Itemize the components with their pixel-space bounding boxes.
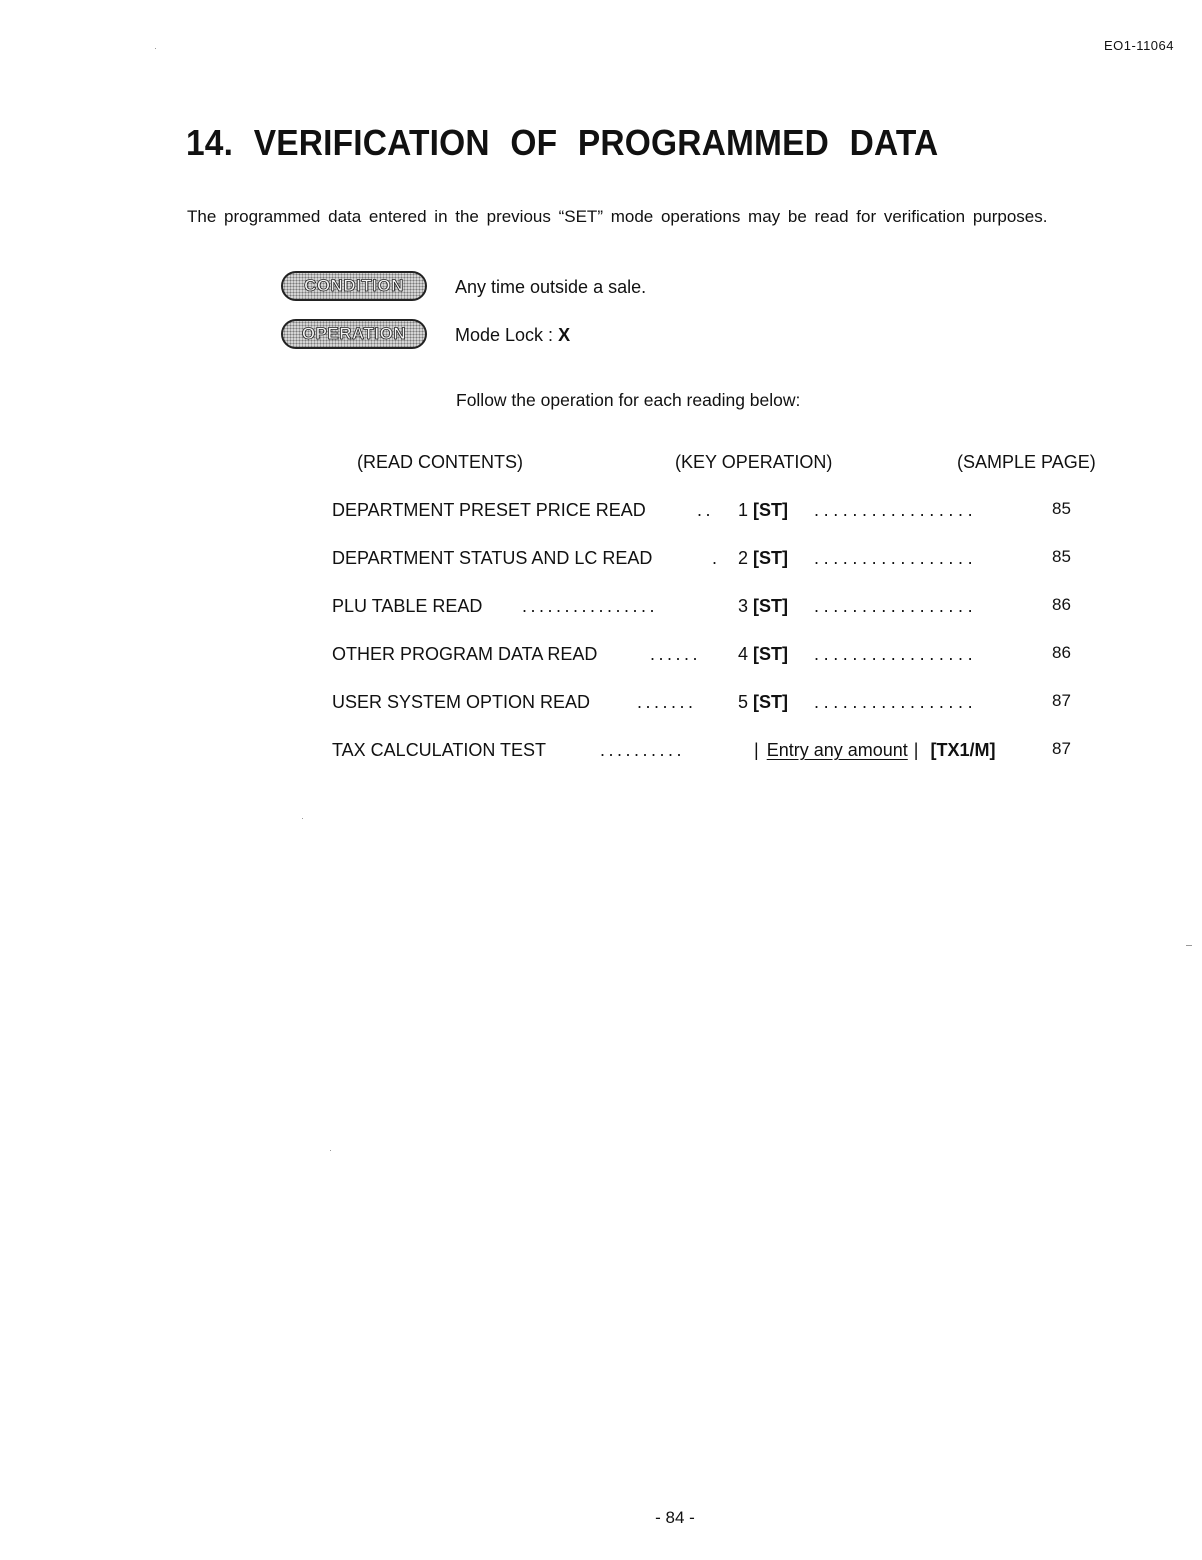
tax-key: [TX1/M] [930, 740, 995, 760]
read-contents: DEPARTMENT STATUS AND LC READ [332, 548, 652, 569]
page-title: 14. VERIFICATION OF PROGRAMMED DATA [186, 122, 938, 164]
sample-page: 87 [1052, 691, 1071, 711]
table-row: TAX CALCULATION TEST .......... |Entry a… [332, 740, 1092, 766]
dot-leader: ................. [814, 692, 977, 713]
key-operation: 3 [ST] [738, 596, 788, 617]
scan-speck [302, 818, 303, 819]
sample-page: 85 [1052, 547, 1071, 567]
key-operation: |Entry any amount|[TX1/M] [746, 740, 995, 761]
table-row: PLU TABLE READ ................ 3 [ST] .… [332, 596, 1092, 622]
read-contents: OTHER PROGRAM DATA READ [332, 644, 597, 665]
page-number: - 84 - [0, 1508, 1202, 1528]
entry-any-amount: Entry any amount [767, 740, 908, 760]
condition-badge: CONDITION [281, 271, 427, 301]
sample-page: 85 [1052, 499, 1071, 519]
entry-bracket-open: | [754, 740, 759, 760]
document-code: EO1-11064 [1104, 38, 1174, 53]
sample-page: 86 [1052, 643, 1071, 663]
dot-leader: .......... [600, 740, 685, 761]
entry-bracket-close: | [914, 740, 919, 760]
column-header-read-contents: (READ CONTENTS) [357, 452, 523, 473]
operation-text: Mode Lock : X [455, 325, 570, 346]
dot-leader: ................. [814, 548, 977, 569]
scan-speck [1186, 945, 1192, 946]
key-operation: 2 [ST] [738, 548, 788, 569]
key-operation: 4 [ST] [738, 644, 788, 665]
column-header-key-operation: (KEY OPERATION) [675, 452, 832, 473]
key-operation: 1 [ST] [738, 500, 788, 521]
dot-leader: .. [697, 500, 714, 521]
dot-leader: ................. [814, 644, 977, 665]
dot-leader: ....... [637, 692, 697, 713]
dot-leader: ................. [814, 596, 977, 617]
table-row: USER SYSTEM OPTION READ ....... 5 [ST] .… [332, 692, 1092, 718]
intro-paragraph: The programmed data entered in the previ… [187, 203, 1122, 230]
dot-leader: . [712, 548, 721, 569]
read-contents: TAX CALCULATION TEST [332, 740, 546, 761]
read-contents: DEPARTMENT PRESET PRICE READ [332, 500, 646, 521]
dot-leader: ................. [814, 500, 977, 521]
dot-leader: ...... [650, 644, 701, 665]
scan-speck [155, 48, 156, 49]
mode-lock-value: X [558, 325, 570, 345]
column-header-sample-page: (SAMPLE PAGE) [957, 452, 1096, 473]
table-row: OTHER PROGRAM DATA READ ...... 4 [ST] ..… [332, 644, 1092, 670]
operation-text-prefix: Mode Lock : [455, 325, 558, 345]
follow-instruction: Follow the operation for each reading be… [456, 390, 800, 411]
key-operation: 5 [ST] [738, 692, 788, 713]
condition-text: Any time outside a sale. [455, 277, 646, 298]
sample-page: 86 [1052, 595, 1071, 615]
read-contents: USER SYSTEM OPTION READ [332, 692, 590, 713]
operation-badge: OPERATION [281, 319, 427, 349]
read-contents: PLU TABLE READ [332, 596, 482, 617]
table-row: DEPARTMENT STATUS AND LC READ . 2 [ST] .… [332, 548, 1092, 574]
table-row: DEPARTMENT PRESET PRICE READ .. 1 [ST] .… [332, 500, 1092, 526]
sample-page: 87 [1052, 739, 1071, 759]
dot-leader: ................ [522, 596, 658, 617]
scan-speck [330, 1150, 331, 1151]
